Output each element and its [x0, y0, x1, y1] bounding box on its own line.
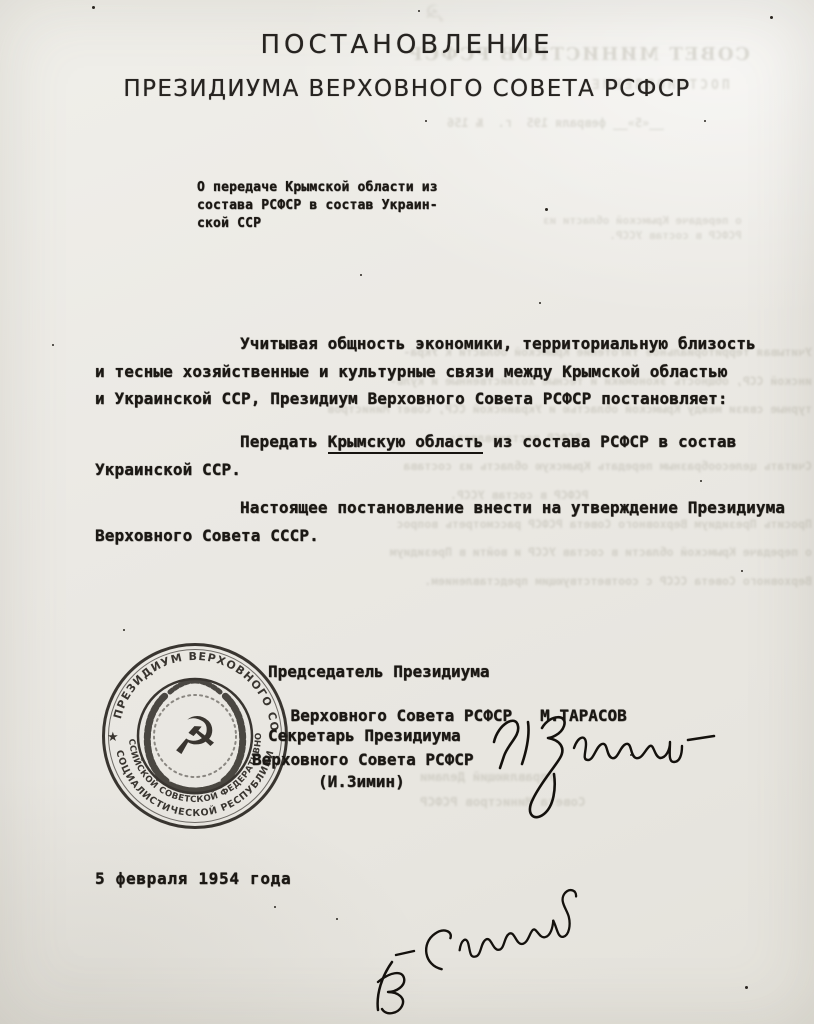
ink-speck [704, 120, 706, 122]
ink-speck [741, 570, 743, 572]
paragraph-2: Передать Крымскую область из состава РСФ… [95, 428, 795, 483]
ink-speck [545, 208, 548, 211]
paragraph-2-line2: Украинской ССР. [95, 456, 795, 484]
ink-speck [700, 480, 702, 482]
document-date: 5 февраля 1954 года [95, 869, 291, 888]
text-line: Учитывая общность экономики, территориал… [95, 330, 795, 358]
bleedthrough-date-line: __«5»__ февраля 195 г. № 156 [447, 116, 664, 130]
text-line: Верховного Совета СССР с соответствующим… [450, 567, 812, 596]
text-line: ской ССР [197, 215, 438, 233]
bleedthrough-subject: о передаче Крымской области изРСФСР в со… [543, 213, 742, 243]
document-title-line2: ПРЕЗИДИУМА ВЕРХОВНОГО СОВЕТА РСФСР [0, 76, 814, 102]
seal-star-icon: ★ [107, 730, 119, 745]
ink-speck [336, 918, 338, 920]
ink-speck [123, 629, 125, 631]
chairman-title-line1: Председатель Президиума [268, 662, 490, 681]
text-line: О передаче Крымской области из [197, 179, 438, 197]
text-line: состава РСФСР в состав Украин- [197, 197, 438, 215]
seal-hammer-and-sickle-icon: ☭ [172, 707, 219, 767]
handwritten-initials [362, 948, 432, 1020]
text-line: Верховного Совета СССР. [95, 522, 795, 550]
paragraph-1: Учитывая общность экономики, территориал… [95, 330, 795, 413]
ink-speck [425, 120, 427, 122]
ink-speck [770, 16, 773, 19]
ink-speck [745, 986, 748, 989]
text-line: РСФСР в состав УССР. [543, 228, 742, 243]
ink-speck [630, 754, 632, 756]
text-line: Настоящее постановление внести на утверж… [95, 494, 795, 522]
text-line: и тесные хозяйственные и культурные связ… [95, 358, 795, 386]
text-line: и Украинской ССР, Президиум Верховного С… [95, 385, 795, 413]
text-line: о передаче Крымской области из [543, 213, 742, 228]
secretary-title-line2: Верховного Совета РСФСР [252, 750, 474, 769]
ink-speck [360, 274, 362, 276]
secretary-name-paren: (И.Зимин) [318, 772, 405, 791]
bleedthrough-emblem: ☭ [424, 0, 446, 28]
secretary-title-line1: Секретарь Президиума [268, 726, 461, 745]
document-title-line1: ПОСТАНОВЛЕНИЕ [0, 30, 814, 60]
ink-speck [92, 6, 95, 9]
secretary-handwritten-signature [478, 700, 718, 825]
ink-speck [274, 906, 276, 908]
ink-speck [418, 10, 420, 12]
ink-speck [52, 344, 54, 346]
paragraph-2-line1: Передать Крымскую область из состава РСФ… [95, 428, 795, 456]
scanned-decree-page: ☭ СОВЕТ МИНИСТРОВ РСФСР ПОСТАНОВЛЕНИЕ __… [0, 0, 814, 1024]
para2-underlined-text: Крымскую область [328, 432, 484, 454]
subject-block: О передаче Крымской области изсостава РС… [197, 179, 438, 233]
ink-speck [539, 302, 541, 304]
paragraph-3: Настоящее постановление внести на утверж… [95, 494, 795, 549]
para2-post-text: из состава РСФСР в состав [483, 432, 736, 451]
para2-pre-text: Передать [240, 432, 328, 451]
